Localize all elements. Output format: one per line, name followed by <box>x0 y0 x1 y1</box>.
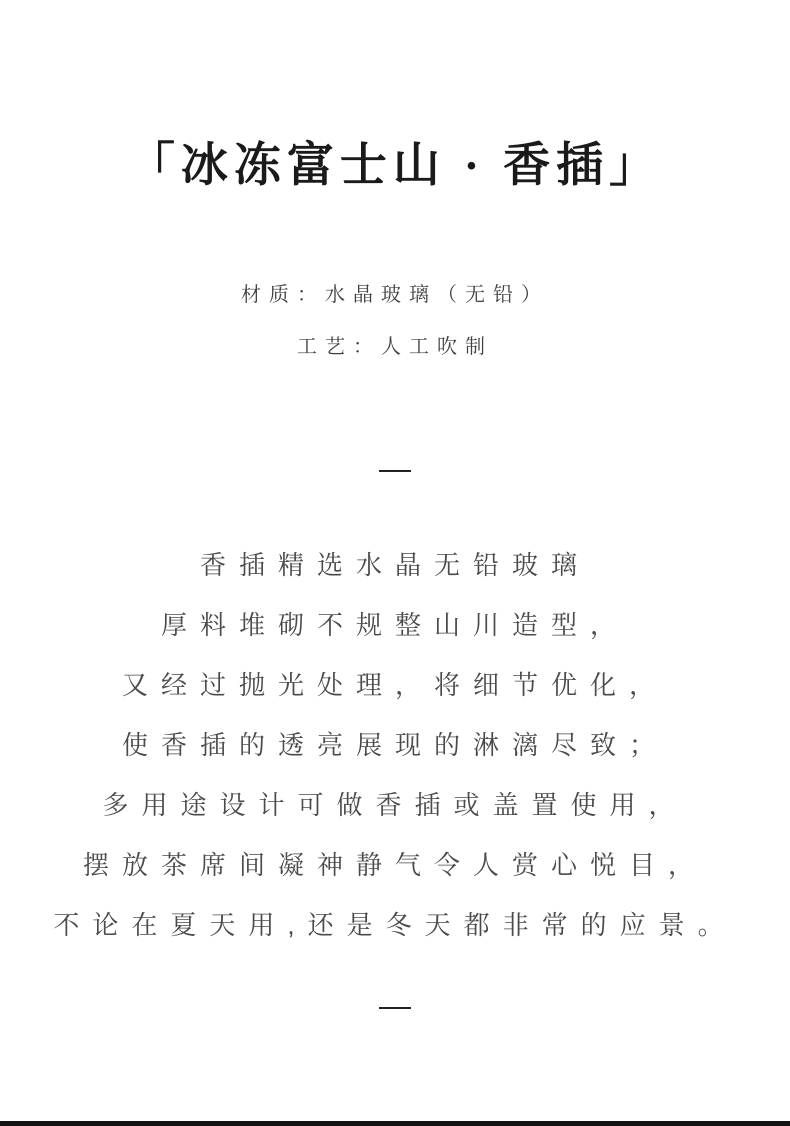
description-line: 使香插的透亮展现的淋漓尽致； <box>0 715 790 775</box>
divider-line-bottom <box>379 1007 411 1009</box>
description-line: 多用途设计可做香插或盖置使用， <box>0 775 790 835</box>
product-description: 香插精选水晶无铅玻璃 厚料堆砌不规整山川造型， 又经过抛光处理，将细节优化， 使… <box>0 535 790 955</box>
description-line: 香插精选水晶无铅玻璃 <box>0 535 790 595</box>
product-detail-page: 「冰冻富士山 · 香插」 材质：水晶玻璃（无铅） 工艺：人工吹制 香插精选水晶无… <box>0 0 790 1126</box>
description-line: 不论在夏天用,还是冬天都非常的应景。 <box>0 895 790 955</box>
spec-material: 材质：水晶玻璃（无铅） <box>0 282 790 308</box>
product-title: 「冰冻富士山 · 香插」 <box>0 0 790 200</box>
description-line: 摆放茶席间凝神静气令人赏心悦目， <box>0 835 790 895</box>
spec-craft: 工艺：人工吹制 <box>0 334 790 360</box>
next-section-dark-strip <box>0 1121 790 1126</box>
description-line: 又经过抛光处理，将细节优化， <box>0 655 790 715</box>
divider-line-top <box>379 470 411 472</box>
description-line: 厚料堆砌不规整山川造型， <box>0 595 790 655</box>
